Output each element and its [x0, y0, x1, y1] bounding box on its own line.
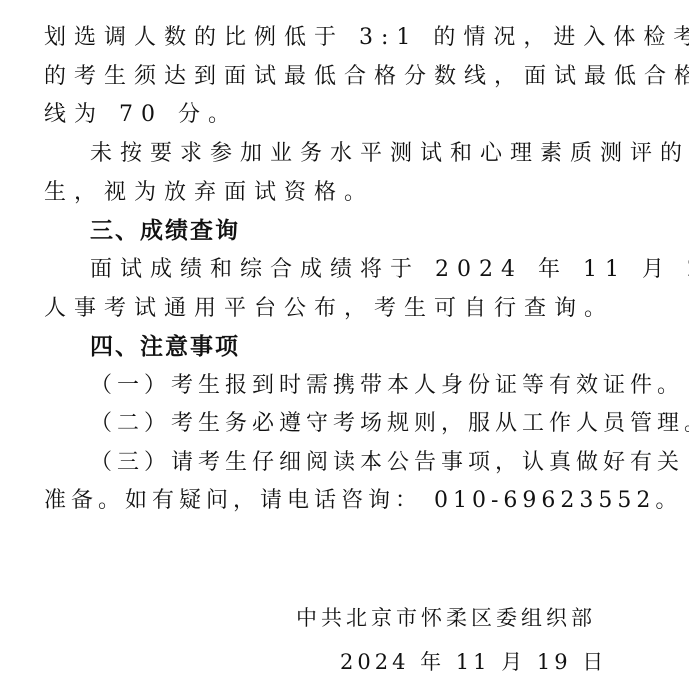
signature-organization: 中共北京市怀柔区委组织部 [296, 599, 596, 637]
body-text-line: 划选调人数的比例低于 3:1 的情况，进入体检考察范围 [44, 19, 689, 57]
body-text-line: 未按要求参加业务水平测试和心理素质测评的考 [90, 135, 689, 173]
signature-date: 2024 年 11 月 19 日 [340, 643, 607, 681]
body-text-line: 面试成绩和综合成绩将于 2024 年 11 月 26 日，通过 [90, 251, 689, 289]
notice-item: （一）考生报到时需携带本人身份证等有效证件。 [90, 367, 684, 405]
section-heading-notes: 四、注意事项 [90, 328, 240, 366]
body-text-line: 生，视为放弃面试资格。 [44, 174, 374, 212]
body-text-line: 准备。如有疑问，请电话咨询： 010-69623552。 [44, 482, 682, 520]
section-heading-score-query: 三、成绩查询 [90, 212, 240, 250]
notice-item: （三）请考生仔细阅读本公告事项，认真做好有关 [90, 444, 684, 482]
body-text-line: 的考生须达到面试最低合格分数线，面试最低合格分数 [44, 58, 689, 96]
body-text-line: 人事考试通用平台公布，考生可自行查询。 [44, 290, 614, 328]
notice-item: （二）考生务必遵守考场规则，服从工作人员管理。 [90, 405, 689, 443]
body-text-line: 线为 70 分。 [44, 96, 238, 134]
